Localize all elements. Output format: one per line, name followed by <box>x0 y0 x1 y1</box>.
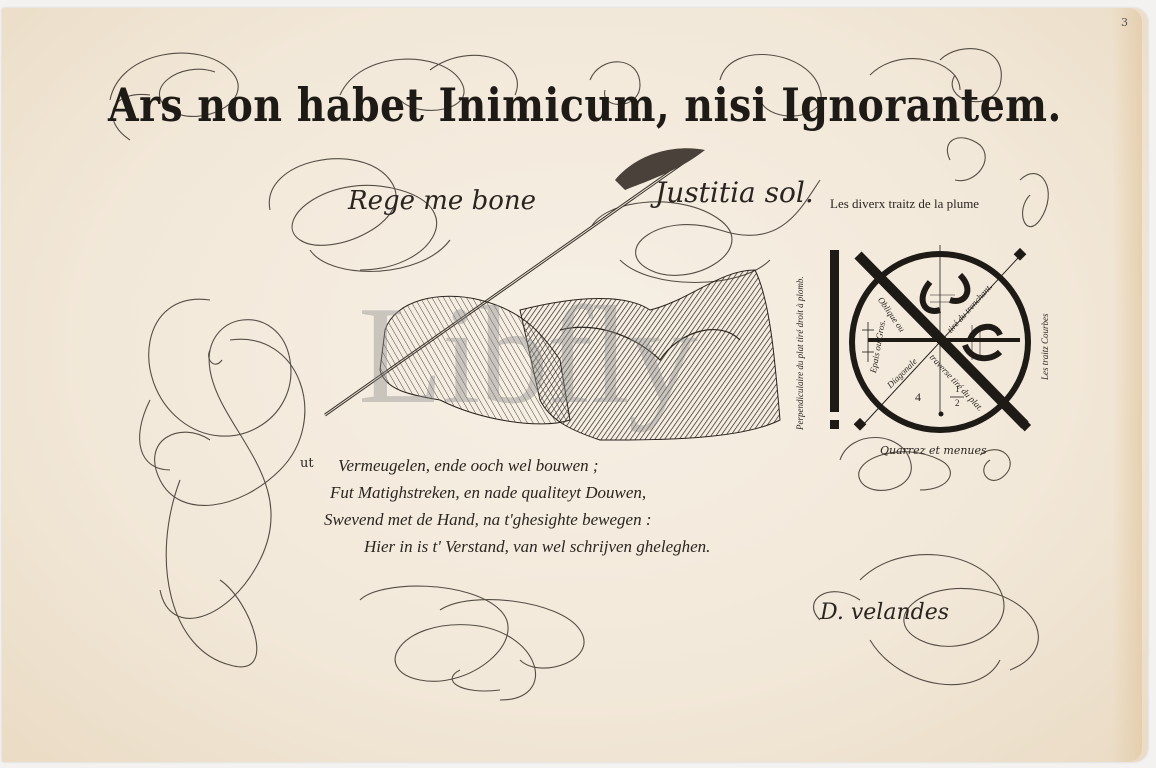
verse-line-3: Swevend met de Hand, na t'ghesighte bewe… <box>320 506 710 533</box>
verse-block: Vermeugelen, ende ooch wel bouwen ; Fut … <box>320 452 710 560</box>
watermark: Libfly <box>358 286 696 426</box>
verse-line-2: Fut Matighstreken, en nade qualiteyt Dou… <box>320 479 710 506</box>
script-quarrez-et-menues: Quarrez et menues <box>880 444 987 457</box>
diagram-label-traits-courbes: Les traitz Courbes <box>1040 313 1050 380</box>
verse-left-fragment: ut <box>300 456 314 471</box>
engraver-signature: D. velandes <box>820 600 949 625</box>
diagram-label-perpendiculaire: Perpendiculaire du plat tiré droit à plo… <box>795 276 805 430</box>
diagram-fraction-numerator: 1 <box>955 384 960 394</box>
motto-heading: Ars non habet Inimicum, nisi Ignorantem. <box>108 78 1062 132</box>
diagram-fraction-denominator: 2 <box>955 398 960 408</box>
caption-traits-de-plume: Les diverx traitz de la plume <box>830 196 979 212</box>
verse-line-4: Hier in is t' Verstand, van wel schrijve… <box>320 533 710 560</box>
script-rege-me-bone: Rege me bone <box>348 186 536 216</box>
pen-stroke-diagram <box>830 245 1031 431</box>
diagram-fraction-4: 4 <box>915 390 921 405</box>
script-justitia-sol: Justitia sol. <box>655 176 814 209</box>
verse-line-1: Vermeugelen, ende ooch wel bouwen ; <box>320 452 710 479</box>
